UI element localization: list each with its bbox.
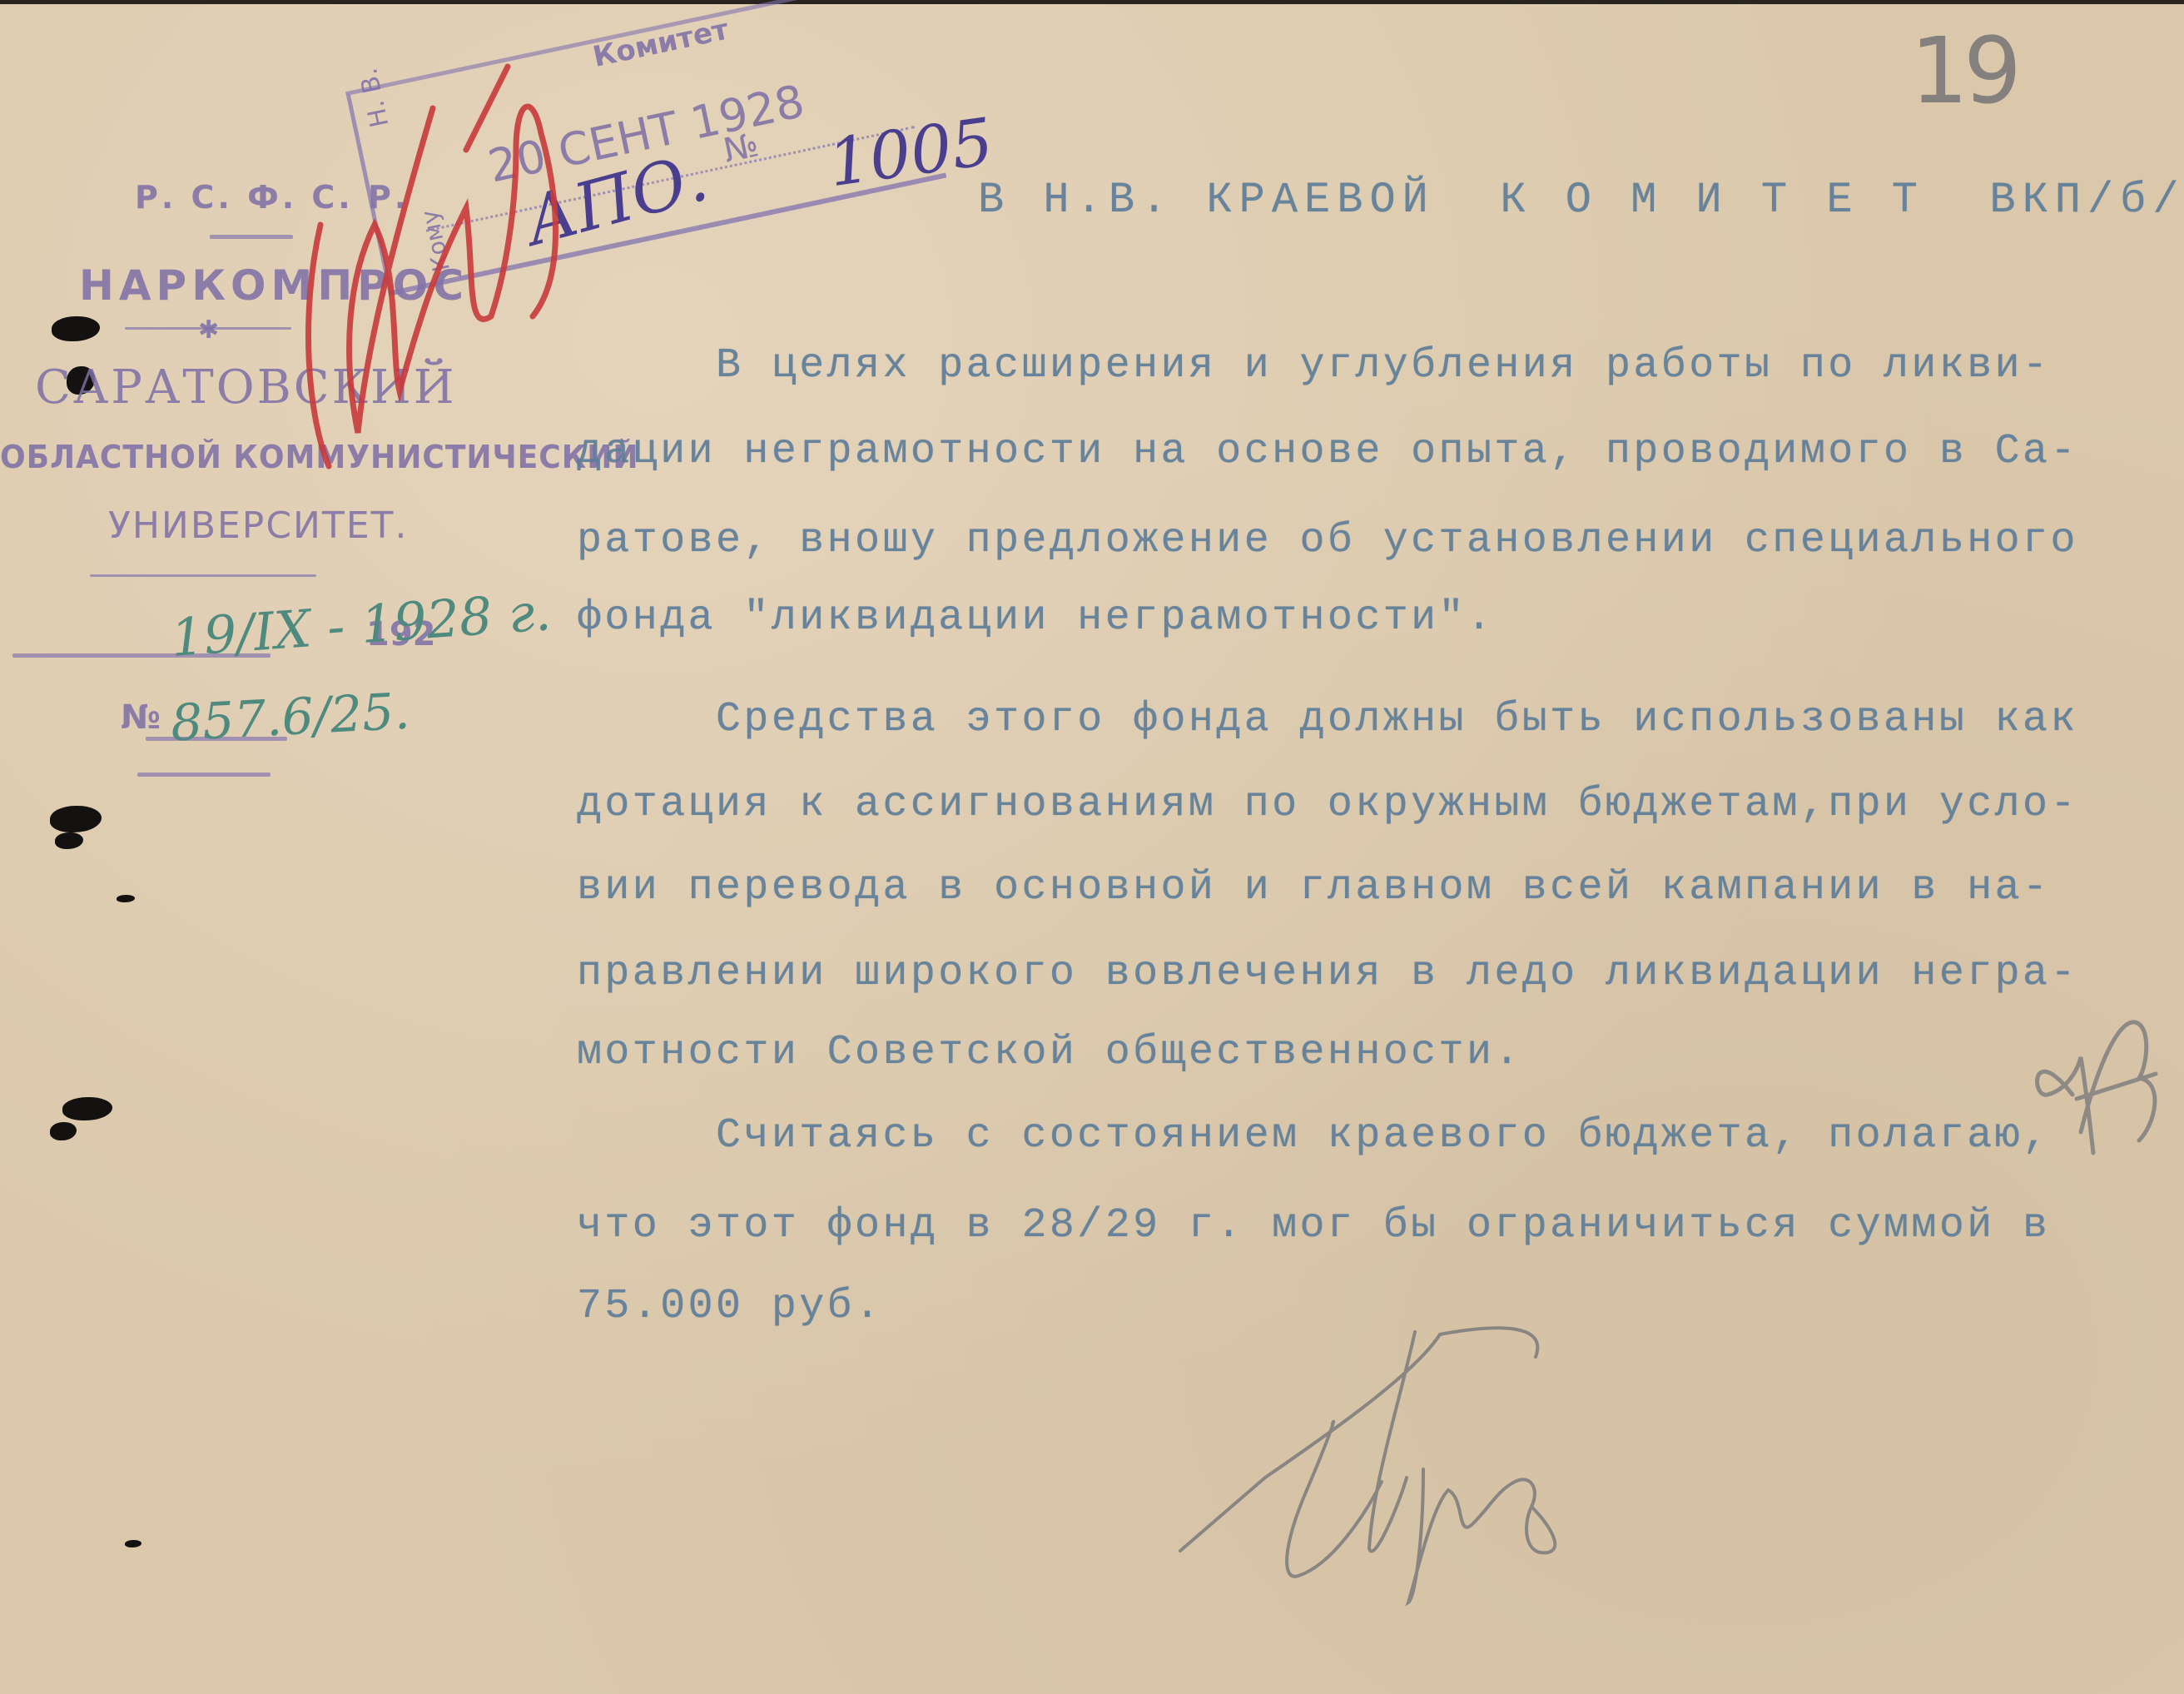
signature-mark bbox=[0, 0, 2184, 1694]
signature-text: Бранть bbox=[0, 0, 3, 1]
